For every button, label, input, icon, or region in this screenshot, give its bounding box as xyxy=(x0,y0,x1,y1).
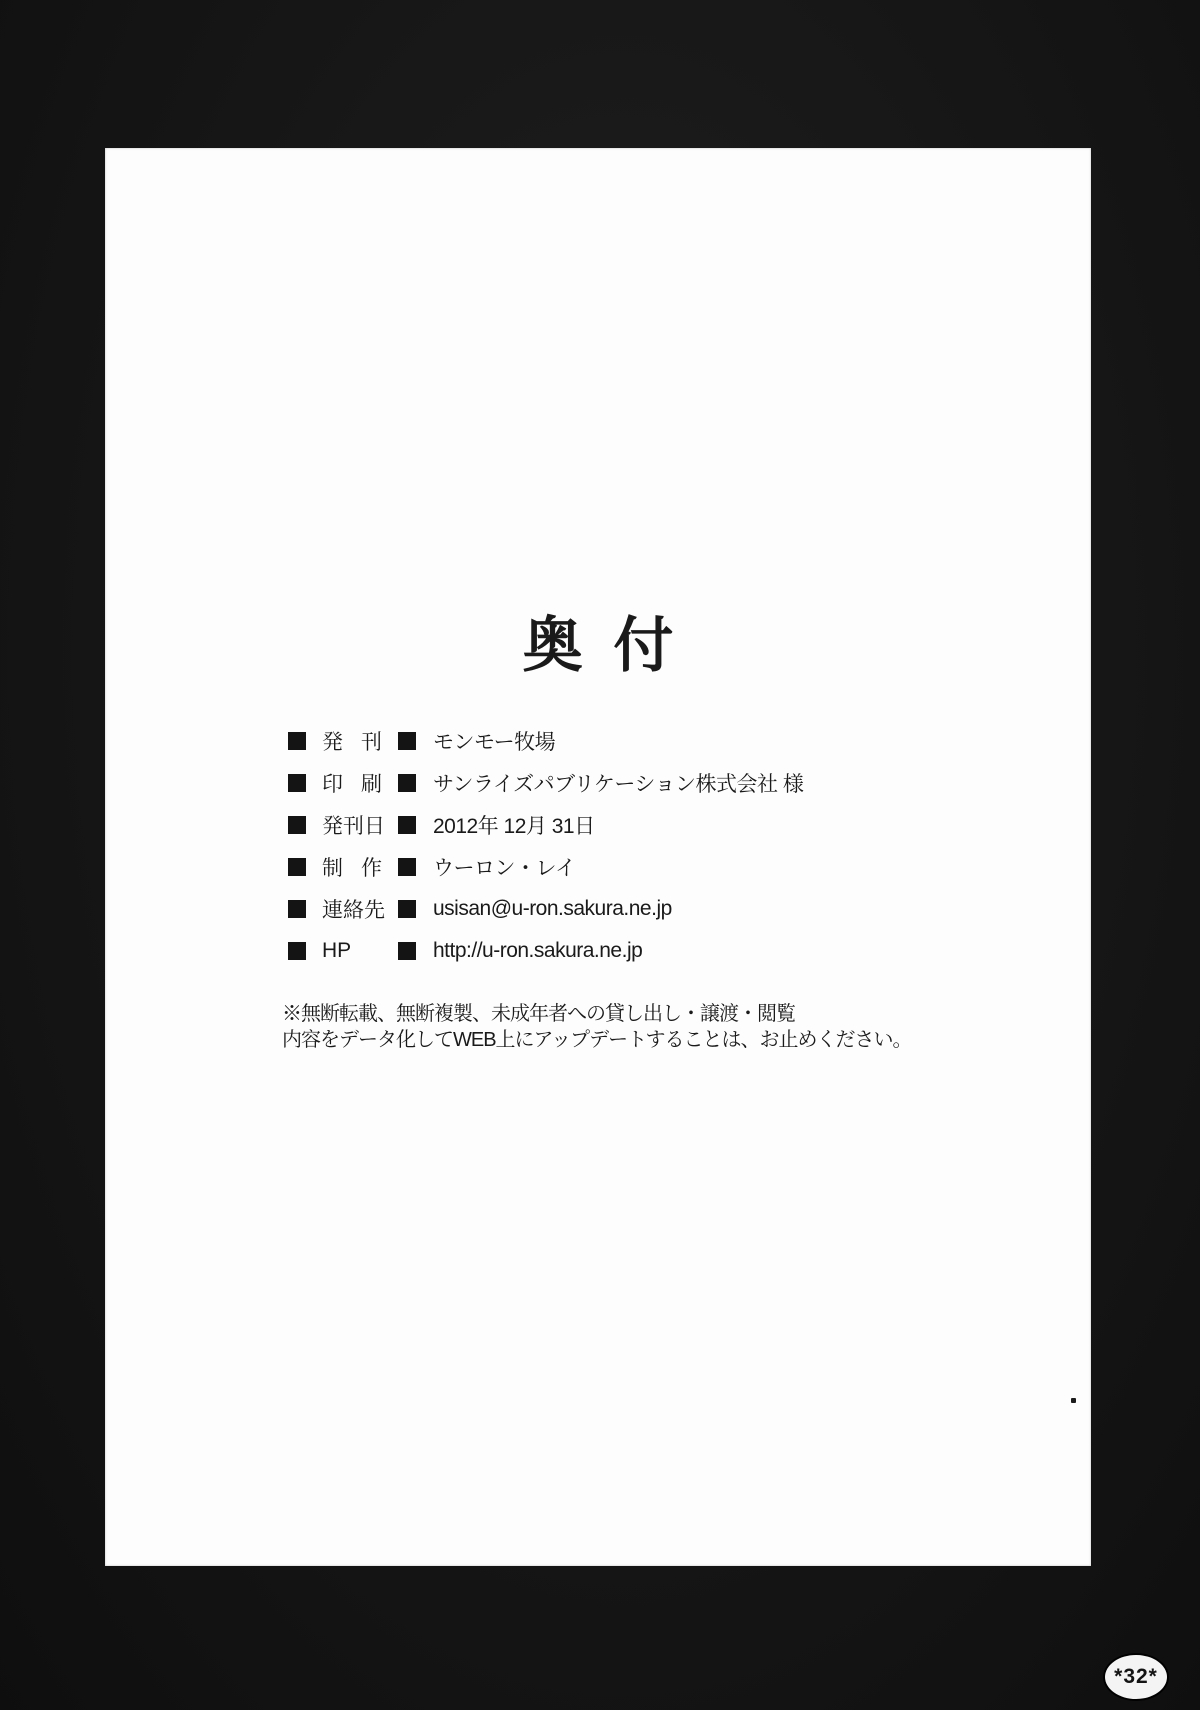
copyright-notice-line2: 内容をデータ化してWEB上にアップデートすることは、お止めください。 xyxy=(282,1027,912,1053)
info-value-url: http://u-ron.sakura.ne.jp xyxy=(433,939,642,963)
page-number-badge: *32* xyxy=(1105,1655,1167,1699)
copyright-notice: ※無断転載、無断複製、未成年者への貸し出し・譲渡・閲覧 内容をデータ化してWEB… xyxy=(282,1001,912,1053)
info-row-contact-email: 連絡先 usisan@u-ron.sakura.ne.jp xyxy=(288,894,803,924)
info-label: 発刊日 xyxy=(322,810,382,840)
black-square-icon xyxy=(398,900,416,918)
scan-background: 奥 付 発刊 モンモー牧場 印刷 サンライズパブリケーション株式会社 様 発刊日… xyxy=(0,0,1200,1710)
info-value: サンライズパブリケーション株式会社 様 xyxy=(433,768,803,798)
info-row-printer: 印刷 サンライズパブリケーション株式会社 様 xyxy=(288,768,803,798)
black-square-icon xyxy=(398,858,416,876)
page-number: *32* xyxy=(1114,1665,1158,1689)
info-label: 制作 xyxy=(322,852,382,882)
black-square-icon xyxy=(398,732,416,750)
info-row-homepage: HP http://u-ron.sakura.ne.jp xyxy=(288,936,803,966)
black-square-icon xyxy=(288,900,306,918)
info-row-author: 制作 ウーロン・レイ xyxy=(288,852,803,882)
colophon-info-list: 発刊 モンモー牧場 印刷 サンライズパブリケーション株式会社 様 発刊日 201… xyxy=(288,726,803,966)
black-square-icon xyxy=(398,816,416,834)
info-value-email: usisan@u-ron.sakura.ne.jp xyxy=(433,897,672,921)
info-value: モンモー牧場 xyxy=(433,726,555,756)
black-square-icon xyxy=(288,774,306,792)
info-label: 発刊 xyxy=(322,726,382,756)
page-title: 奥 付 xyxy=(105,614,1091,678)
info-value: ウーロン・レイ xyxy=(433,852,575,882)
black-square-icon xyxy=(288,858,306,876)
info-row-publisher: 発刊 モンモー牧場 xyxy=(288,726,803,756)
black-square-icon xyxy=(288,942,306,960)
info-value: 2012年 12月 31日 xyxy=(433,810,595,840)
info-row-publish-date: 発刊日 2012年 12月 31日 xyxy=(288,810,803,840)
info-label: 連絡先 xyxy=(322,894,382,924)
info-label: HP xyxy=(322,939,382,963)
black-square-icon xyxy=(398,942,416,960)
black-square-icon xyxy=(398,774,416,792)
black-square-icon xyxy=(288,732,306,750)
colophon-page: 奥 付 発刊 モンモー牧場 印刷 サンライズパブリケーション株式会社 様 発刊日… xyxy=(105,148,1091,1566)
scan-artifact-dot xyxy=(1071,1398,1076,1403)
black-square-icon xyxy=(288,816,306,834)
info-label: 印刷 xyxy=(322,768,382,798)
copyright-notice-line1: ※無断転載、無断複製、未成年者への貸し出し・譲渡・閲覧 xyxy=(282,1001,912,1027)
